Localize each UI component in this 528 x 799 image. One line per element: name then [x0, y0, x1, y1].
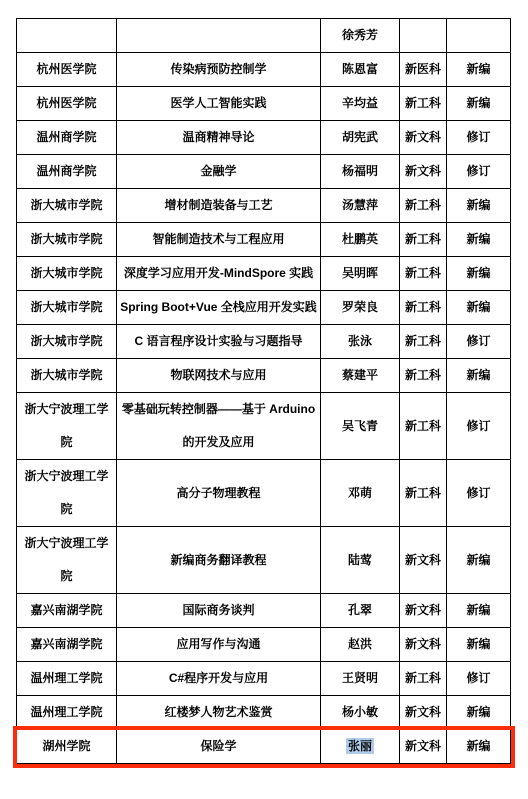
- cell-author: 张丽: [321, 730, 400, 764]
- cell-school: 浙大城市学院: [17, 359, 117, 393]
- table-row: 浙大宁波理工学 院零基础玩转控制器——基于 Arduino 的开发及应用吴飞青新…: [17, 393, 511, 460]
- cell-school: 浙大城市学院: [17, 257, 117, 291]
- table-row: 浙大城市学院C 语言程序设计实验与习题指导张泳新工科修订: [17, 325, 511, 359]
- cell-edition: 新编: [447, 628, 511, 662]
- cell-school: [17, 19, 117, 53]
- table-row: 杭州医学院传染病预防控制学陈恩富新医科新编: [17, 53, 511, 87]
- table-row: 杭州医学院医学人工智能实践辛均益新工科新编: [17, 87, 511, 121]
- textbook-table: 徐秀芳杭州医学院传染病预防控制学陈恩富新医科新编杭州医学院医学人工智能实践辛均益…: [16, 18, 511, 764]
- cell-school: 浙大宁波理工学 院: [17, 460, 117, 527]
- cell-category: 新文科: [400, 696, 447, 730]
- cell-author: 赵洪: [321, 628, 400, 662]
- cell-author: 吴明晖: [321, 257, 400, 291]
- cell-edition: 新编: [447, 730, 511, 764]
- selected-text[interactable]: 张丽: [346, 738, 374, 754]
- document-page: 徐秀芳杭州医学院传染病预防控制学陈恩富新医科新编杭州医学院医学人工智能实践辛均益…: [0, 0, 528, 799]
- table-row: 温州理工学院红楼梦人物艺术鉴赏杨小敏新文科新编: [17, 696, 511, 730]
- cell-author: 汤慧萍: [321, 189, 400, 223]
- cell-author: 杜鹏英: [321, 223, 400, 257]
- cell-category: 新工科: [400, 291, 447, 325]
- table-row: 嘉兴南湖学院国际商务谈判孔翠新文科新编: [17, 594, 511, 628]
- cell-edition: 修订: [447, 155, 511, 189]
- cell-author: 吴飞青: [321, 393, 400, 460]
- cell-school: 杭州医学院: [17, 87, 117, 121]
- table-row: 浙大城市学院智能制造技术与工程应用杜鹏英新工科新编: [17, 223, 511, 257]
- cell-school: 浙大城市学院: [17, 325, 117, 359]
- cell-edition: 新编: [447, 527, 511, 594]
- cell-title: C 语言程序设计实验与习题指导: [117, 325, 321, 359]
- cell-author: 王贤明: [321, 662, 400, 696]
- cell-edition: 新编: [447, 87, 511, 121]
- cell-author: 胡宪武: [321, 121, 400, 155]
- table-row: 温州理工学院C#程序开发与应用王贤明新工科修订: [17, 662, 511, 696]
- cell-title: 深度学习应用开发-MindSpore 实践: [117, 257, 321, 291]
- cell-school: 嘉兴南湖学院: [17, 628, 117, 662]
- table-row: 浙大城市学院Spring Boot+Vue 全栈应用开发实践罗荣良新工科新编: [17, 291, 511, 325]
- cell-author: 蔡建平: [321, 359, 400, 393]
- table-row: 徐秀芳: [17, 19, 511, 53]
- cell-school: 杭州医学院: [17, 53, 117, 87]
- table-row: 浙大宁波理工学 院高分子物理教程邓萌新工科修订: [17, 460, 511, 527]
- cell-edition: 新编: [447, 359, 511, 393]
- cell-edition: 新编: [447, 223, 511, 257]
- cell-edition: 新编: [447, 53, 511, 87]
- table-row: 浙大城市学院增材制造装备与工艺汤慧萍新工科新编: [17, 189, 511, 223]
- cell-author: 孔翠: [321, 594, 400, 628]
- cell-category: 新文科: [400, 730, 447, 764]
- table-row: 温州商学院金融学杨福明新文科修订: [17, 155, 511, 189]
- cell-title: 物联网技术与应用: [117, 359, 321, 393]
- cell-edition: [447, 19, 511, 53]
- cell-school: 湖州学院: [17, 730, 117, 764]
- table-row: 浙大宁波理工学 院新编商务翻译教程陆莺新文科新编: [17, 527, 511, 594]
- cell-school: 嘉兴南湖学院: [17, 594, 117, 628]
- cell-edition: 新编: [447, 696, 511, 730]
- cell-school: 温州商学院: [17, 155, 117, 189]
- cell-category: 新工科: [400, 189, 447, 223]
- cell-edition: 修订: [447, 662, 511, 696]
- table-row: 湖州学院保险学张丽新文科新编: [17, 730, 511, 764]
- cell-category: 新工科: [400, 87, 447, 121]
- cell-category: 新文科: [400, 628, 447, 662]
- cell-category: 新工科: [400, 325, 447, 359]
- cell-category: 新文科: [400, 594, 447, 628]
- cell-title: 零基础玩转控制器——基于 Arduino 的开发及应用: [117, 393, 321, 460]
- cell-school: 浙大城市学院: [17, 291, 117, 325]
- cell-category: 新工科: [400, 662, 447, 696]
- cell-title: 红楼梦人物艺术鉴赏: [117, 696, 321, 730]
- cell-edition: 修订: [447, 325, 511, 359]
- cell-title: Spring Boot+Vue 全栈应用开发实践: [117, 291, 321, 325]
- cell-edition: 修订: [447, 393, 511, 460]
- cell-school: 浙大宁波理工学 院: [17, 393, 117, 460]
- cell-title: 高分子物理教程: [117, 460, 321, 527]
- cell-title: 应用写作与沟通: [117, 628, 321, 662]
- cell-category: 新工科: [400, 359, 447, 393]
- table-row: 浙大城市学院深度学习应用开发-MindSpore 实践吴明晖新工科新编: [17, 257, 511, 291]
- cell-school: 浙大城市学院: [17, 223, 117, 257]
- cell-edition: 修订: [447, 460, 511, 527]
- cell-school: 浙大宁波理工学 院: [17, 527, 117, 594]
- table-row: 浙大城市学院物联网技术与应用蔡建平新工科新编: [17, 359, 511, 393]
- cell-title: 金融学: [117, 155, 321, 189]
- cell-title: 国际商务谈判: [117, 594, 321, 628]
- cell-author: 张泳: [321, 325, 400, 359]
- cell-author: 邓萌: [321, 460, 400, 527]
- cell-category: 新工科: [400, 223, 447, 257]
- table-row: 温州商学院温商精神导论胡宪武新文科修订: [17, 121, 511, 155]
- cell-category: 新文科: [400, 155, 447, 189]
- table-row: 嘉兴南湖学院应用写作与沟通赵洪新文科新编: [17, 628, 511, 662]
- cell-title: 医学人工智能实践: [117, 87, 321, 121]
- cell-title: 智能制造技术与工程应用: [117, 223, 321, 257]
- cell-category: [400, 19, 447, 53]
- cell-category: 新工科: [400, 460, 447, 527]
- cell-title: 传染病预防控制学: [117, 53, 321, 87]
- cell-title: 新编商务翻译教程: [117, 527, 321, 594]
- cell-author: 陆莺: [321, 527, 400, 594]
- cell-edition: 新编: [447, 189, 511, 223]
- cell-author: 陈恩富: [321, 53, 400, 87]
- cell-author: 杨小敏: [321, 696, 400, 730]
- cell-category: 新文科: [400, 121, 447, 155]
- cell-author: 罗荣良: [321, 291, 400, 325]
- cell-category: 新工科: [400, 393, 447, 460]
- cell-edition: 修订: [447, 121, 511, 155]
- cell-title: 温商精神导论: [117, 121, 321, 155]
- cell-author: 辛均益: [321, 87, 400, 121]
- cell-school: 温州商学院: [17, 121, 117, 155]
- cell-edition: 新编: [447, 257, 511, 291]
- cell-edition: 新编: [447, 291, 511, 325]
- cell-title: [117, 19, 321, 53]
- cell-edition: 新编: [447, 594, 511, 628]
- cell-author: 杨福明: [321, 155, 400, 189]
- cell-author: 徐秀芳: [321, 19, 400, 53]
- cell-title: 保险学: [117, 730, 321, 764]
- cell-title: 增材制造装备与工艺: [117, 189, 321, 223]
- cell-category: 新医科: [400, 53, 447, 87]
- table-body: 徐秀芳杭州医学院传染病预防控制学陈恩富新医科新编杭州医学院医学人工智能实践辛均益…: [17, 19, 511, 764]
- cell-school: 温州理工学院: [17, 696, 117, 730]
- cell-category: 新文科: [400, 527, 447, 594]
- cell-title: C#程序开发与应用: [117, 662, 321, 696]
- cell-school: 温州理工学院: [17, 662, 117, 696]
- cell-school: 浙大城市学院: [17, 189, 117, 223]
- cell-category: 新工科: [400, 257, 447, 291]
